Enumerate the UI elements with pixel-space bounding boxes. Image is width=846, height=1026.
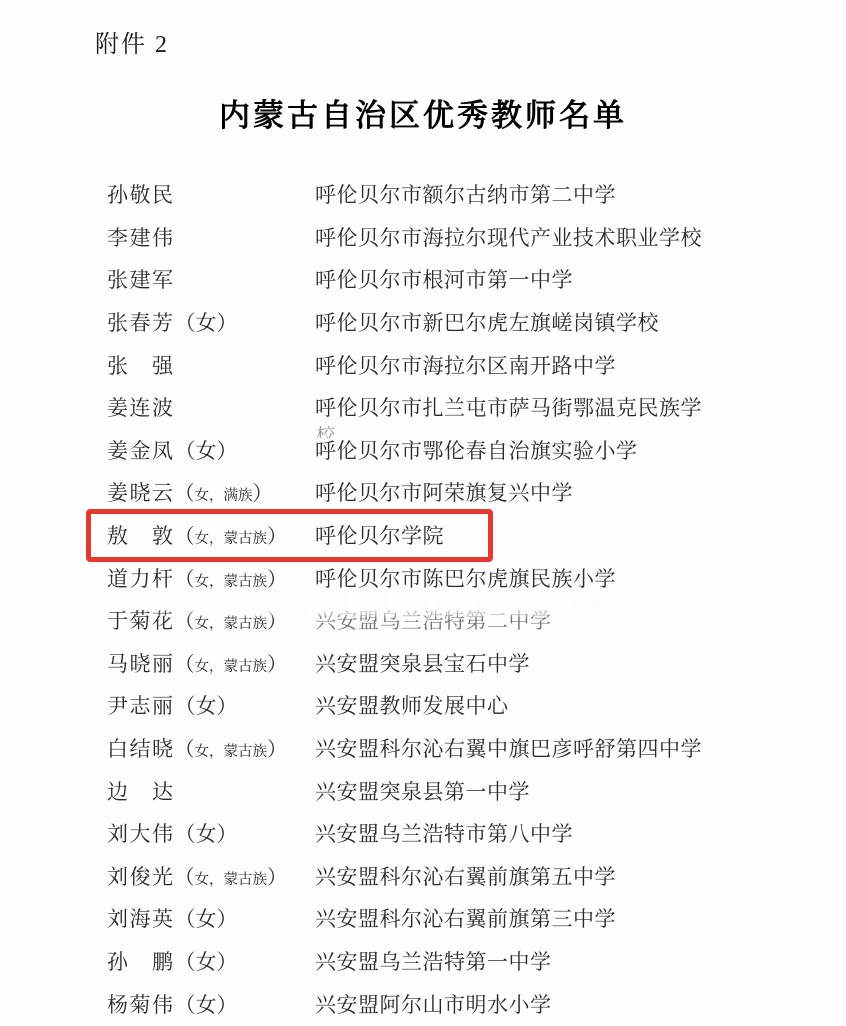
teacher-name: 张建军 <box>107 264 315 294</box>
table-row: 刘大伟（女） 兴安盟乌兰浩特市第八中学 <box>107 812 816 855</box>
teacher-school: 呼伦贝尔市扎兰屯市萨马街鄂温克民族学校 <box>315 392 702 422</box>
table-row: 马晓丽（女，蒙古族） 兴安盟突泉县宝石中学 <box>107 642 816 685</box>
gender-ethnicity-tag: （女，蒙古族） <box>175 611 288 633</box>
table-row: 张建军 呼伦贝尔市根河市第一中学 <box>107 258 816 301</box>
teacher-school: 呼伦贝尔学院 <box>315 520 444 550</box>
teacher-school: 兴安盟乌兰浩特第一中学 <box>315 946 552 976</box>
teacher-school: 呼伦贝尔市根河市第一中学 <box>315 264 573 294</box>
page-title: 内蒙古自治区优秀教师名单 <box>0 90 846 135</box>
teacher-name: 刘大伟（女） <box>107 818 315 848</box>
teacher-school: 兴安盟科尔沁右翼中旗巴彦呼舒第四中学 <box>315 733 702 763</box>
teacher-name: 姜连波 <box>107 392 315 422</box>
gender-ethnicity-tag: （女） <box>175 822 238 846</box>
teacher-school: 兴安盟突泉县第一中学 <box>315 776 530 806</box>
gender-ethnicity-tag: （女） <box>175 694 238 718</box>
gender-ethnicity-tag: （女，蒙古族） <box>175 739 288 761</box>
teacher-name: 孙敬民 <box>107 179 315 209</box>
table-row: 姜金凤（女） 呼伦贝尔市鄂伦春自治旗实验小学 <box>107 429 816 472</box>
gender-ethnicity-tag: （女，蒙古族） <box>175 654 288 676</box>
table-row: 姜连波 呼伦贝尔市扎兰屯市萨马街鄂温克民族学校 <box>107 386 816 429</box>
teacher-school: 呼伦贝尔市新巴尔虎左旗嵯岗镇学校 <box>315 307 659 337</box>
teacher-school: 兴安盟阿尔山市明水小学 <box>315 989 552 1019</box>
teacher-name: 边 达 <box>107 776 315 806</box>
teacher-name: 姜金凤（女） <box>107 435 315 465</box>
teacher-school: 兴安盟突泉县宝石中学 <box>315 648 530 678</box>
teacher-list: 孙敬民 呼伦贝尔市额尔古纳市第二中学 李建伟 呼伦贝尔市海拉尔现代产业技术职业学… <box>107 173 816 1025</box>
teacher-name: 姜晓云（女，满族） <box>107 477 315 507</box>
teacher-name: 张春芳（女） <box>107 307 315 337</box>
gender-ethnicity-tag: （女） <box>175 950 238 974</box>
teacher-school: 呼伦贝尔市海拉尔区南开路中学 <box>315 350 616 380</box>
teacher-school: 呼伦贝尔市陈巴尔虎旗民族小学 <box>315 563 616 593</box>
teacher-name: 于菊花（女，蒙古族） <box>107 605 315 635</box>
gender-ethnicity-tag: （女） <box>175 993 238 1017</box>
table-row: 于菊花（女，蒙古族） 兴安盟乌兰浩特第二中学 <box>107 599 816 642</box>
gender-ethnicity-tag: （女） <box>175 907 238 931</box>
document-page: 附件 2 内蒙古自治区优秀教师名单 孙敬民 呼伦贝尔市额尔古纳市第二中学 李建伟… <box>0 0 846 1026</box>
teacher-name: 敖 敦（女，蒙古族） <box>107 520 315 550</box>
teacher-name: 孙 鹏（女） <box>107 946 315 976</box>
teacher-school: 呼伦贝尔市阿荣旗复兴中学 <box>315 477 573 507</box>
gender-ethnicity-tag: （女） <box>175 439 238 463</box>
table-row: 张 强 呼伦贝尔市海拉尔区南开路中学 <box>107 343 816 386</box>
table-row: 边 达 兴安盟突泉县第一中学 <box>107 769 816 812</box>
teacher-name: 马晓丽（女，蒙古族） <box>107 648 315 678</box>
teacher-school: 兴安盟乌兰浩特市第八中学 <box>315 818 573 848</box>
teacher-name: 张 强 <box>107 350 315 380</box>
table-row: 孙敬民 呼伦贝尔市额尔古纳市第二中学 <box>107 173 816 216</box>
teacher-school: 呼伦贝尔市鄂伦春自治旗实验小学 <box>315 435 638 465</box>
table-row: 杨菊伟（女） 兴安盟阿尔山市明水小学 <box>107 982 816 1025</box>
attachment-label: 附件 2 <box>95 24 169 59</box>
teacher-school: 兴安盟乌兰浩特第二中学 <box>315 605 552 635</box>
teacher-school: 呼伦贝尔市额尔古纳市第二中学 <box>315 179 616 209</box>
gender-ethnicity-tag: （女，蒙古族） <box>175 867 288 889</box>
teacher-name: 白结晓（女，蒙古族） <box>107 733 315 763</box>
teacher-school: 呼伦贝尔市海拉尔现代产业技术职业学校 <box>315 222 702 252</box>
teacher-name: 刘海英（女） <box>107 903 315 933</box>
table-row: 孙 鹏（女） 兴安盟乌兰浩特第一中学 <box>107 940 816 983</box>
table-row: 白结晓（女，蒙古族） 兴安盟科尔沁右翼中旗巴彦呼舒第四中学 <box>107 727 816 770</box>
table-row: 刘俊光（女，蒙古族） 兴安盟科尔沁右翼前旗第五中学 <box>107 855 816 898</box>
teacher-name: 尹志丽（女） <box>107 690 315 720</box>
table-row: 道力杆（女，蒙古族） 呼伦贝尔市陈巴尔虎旗民族小学 <box>107 556 816 599</box>
table-row: 姜晓云（女，满族） 呼伦贝尔市阿荣旗复兴中学 <box>107 471 816 514</box>
teacher-name: 刘俊光（女，蒙古族） <box>107 861 315 891</box>
gender-ethnicity-tag: （女，满族） <box>175 483 273 505</box>
gender-ethnicity-tag: （女） <box>175 311 238 335</box>
teacher-school: 兴安盟科尔沁右翼前旗第五中学 <box>315 861 616 891</box>
teacher-school: 兴安盟科尔沁右翼前旗第三中学 <box>315 903 616 933</box>
teacher-school: 兴安盟教师发展中心 <box>315 690 509 720</box>
table-row: 刘海英（女） 兴安盟科尔沁右翼前旗第三中学 <box>107 897 816 940</box>
teacher-name: 杨菊伟（女） <box>107 989 315 1019</box>
teacher-name: 李建伟 <box>107 222 315 252</box>
table-row: 尹志丽（女） 兴安盟教师发展中心 <box>107 684 816 727</box>
table-row: 敖 敦（女，蒙古族） 呼伦贝尔学院 <box>107 514 816 557</box>
table-row: 张春芳（女） 呼伦贝尔市新巴尔虎左旗嵯岗镇学校 <box>107 301 816 344</box>
teacher-name: 道力杆（女，蒙古族） <box>107 563 315 593</box>
table-row: 李建伟 呼伦贝尔市海拉尔现代产业技术职业学校 <box>107 216 816 259</box>
gender-ethnicity-tag: （女，蒙古族） <box>175 526 288 548</box>
gender-ethnicity-tag: （女，蒙古族） <box>175 569 288 591</box>
